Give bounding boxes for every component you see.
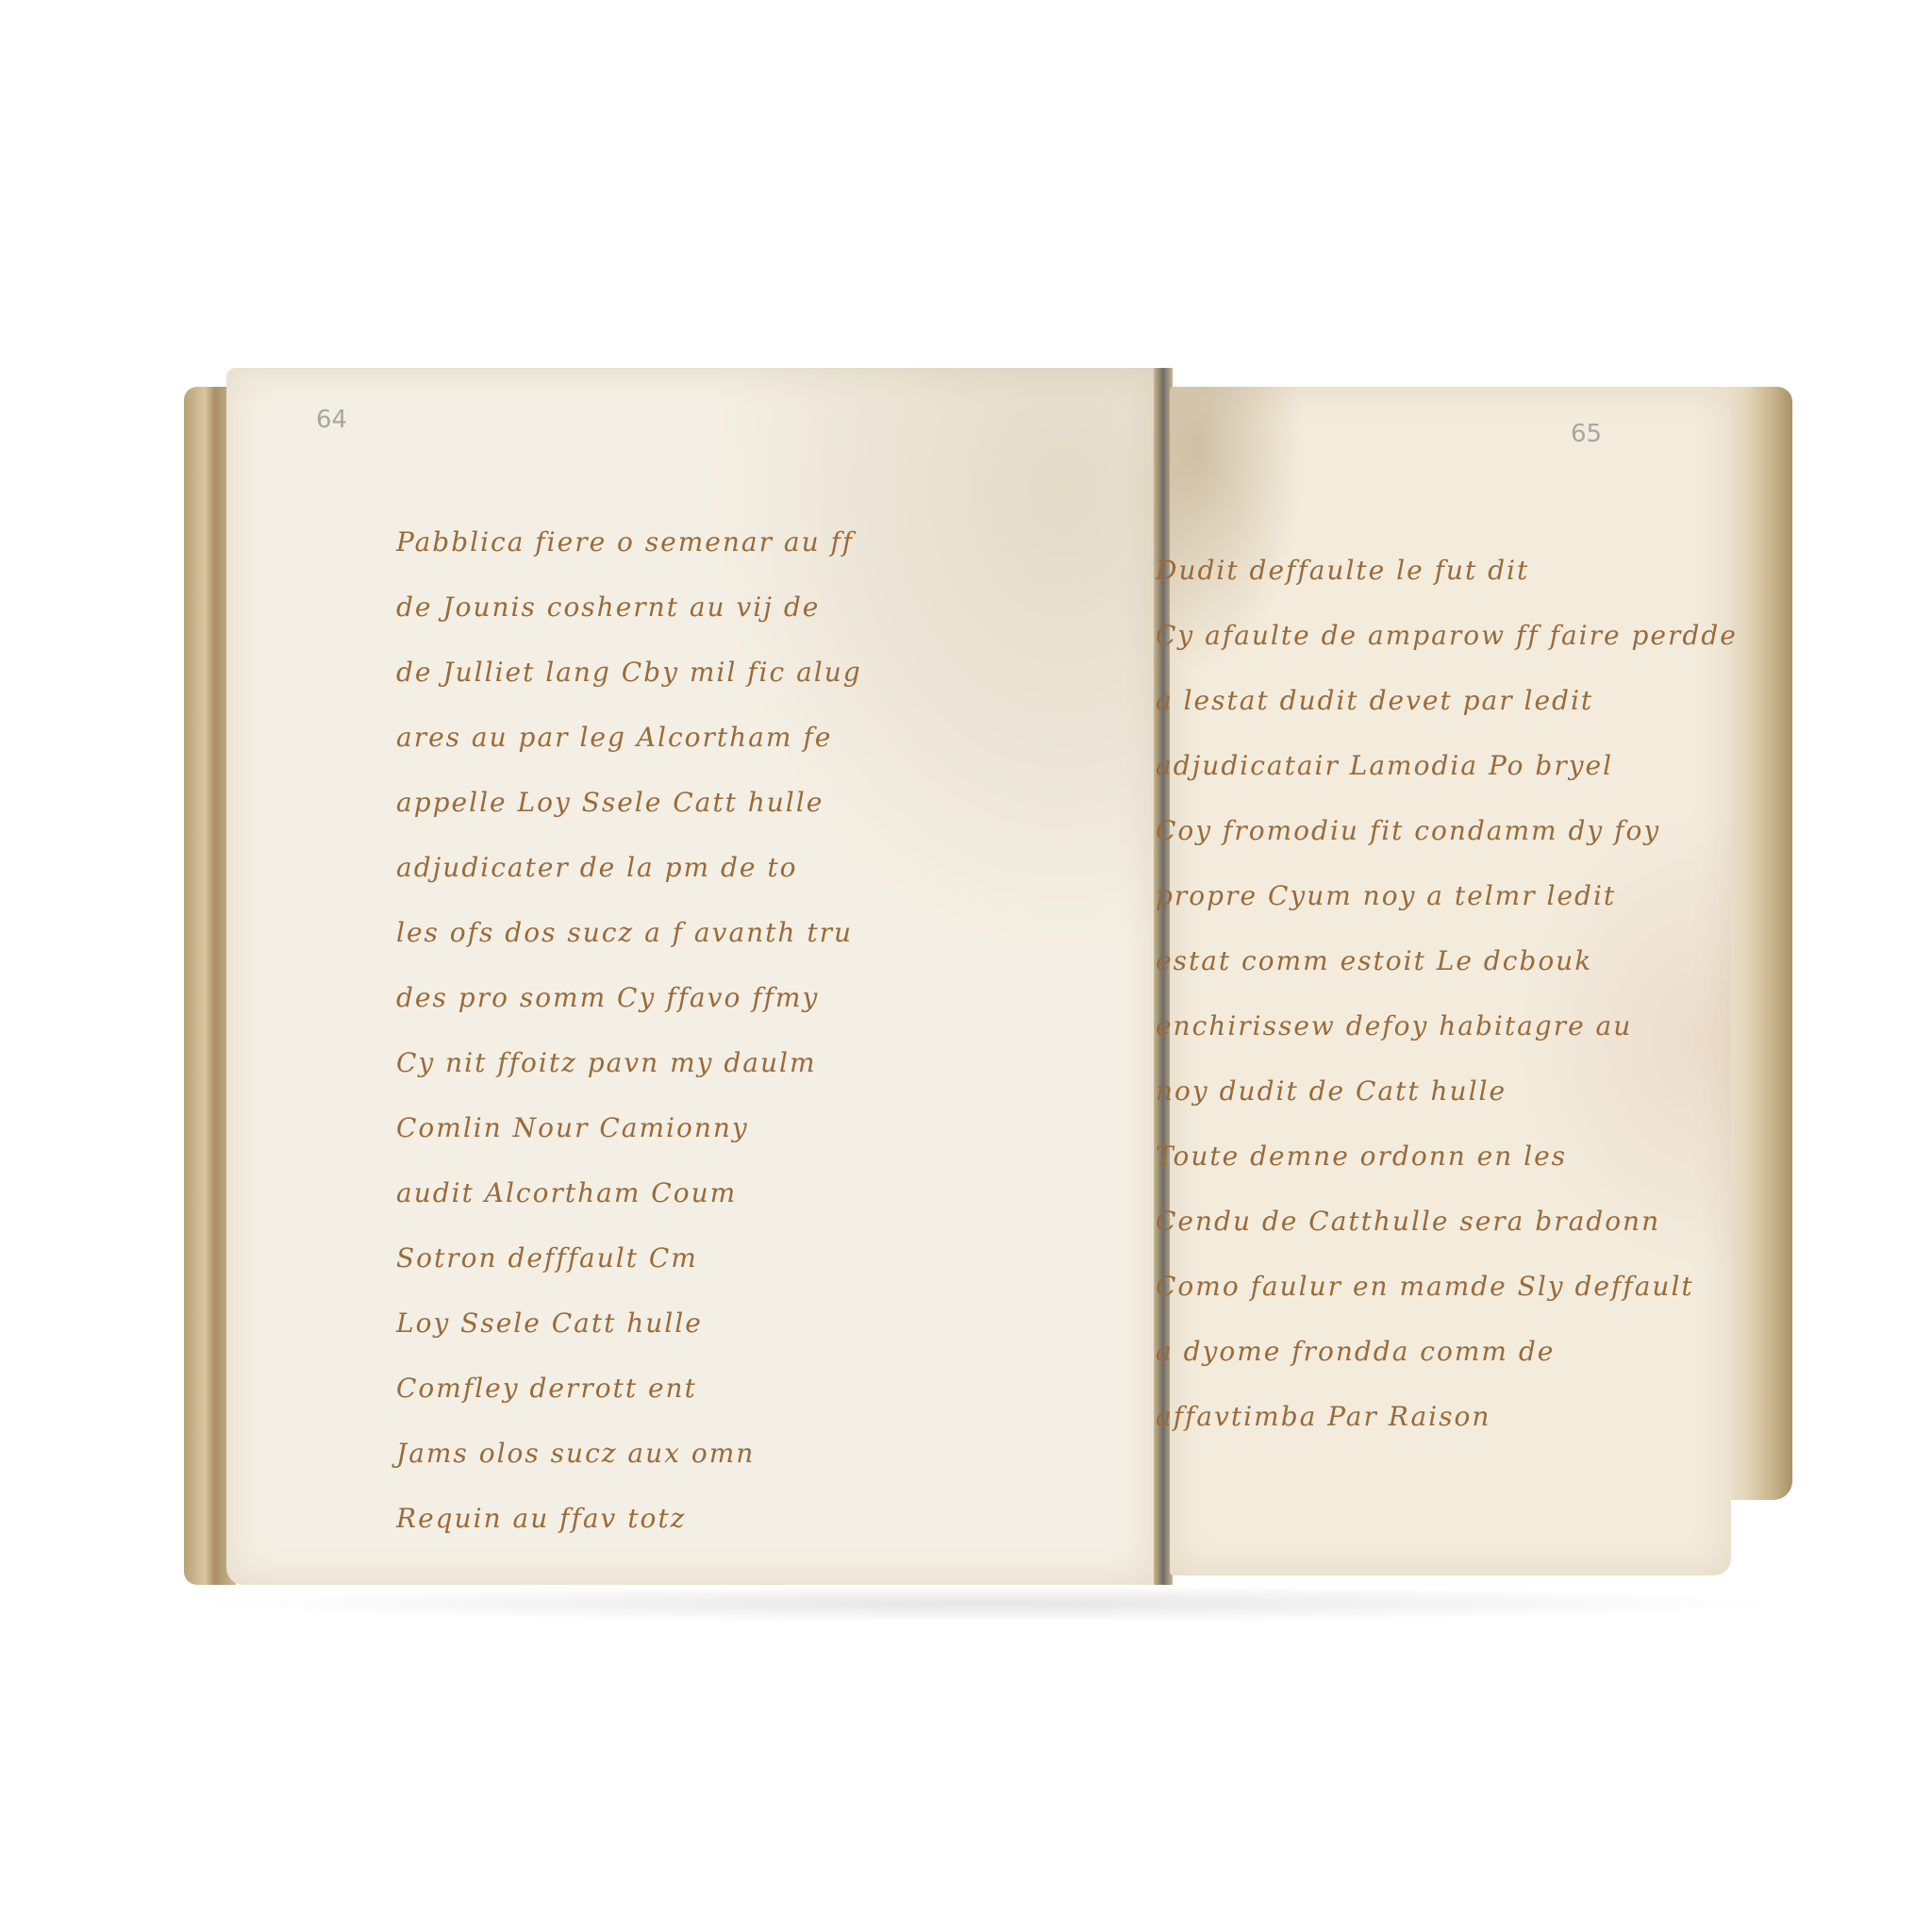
manuscript-line: Comlin Nour Camionny: [396, 1095, 862, 1160]
manuscript-line: noy dudit de Catt hulle: [1156, 1058, 1738, 1124]
left-page-number: 64: [316, 406, 347, 434]
manuscript-line: Toute demne ordonn en les: [1156, 1124, 1738, 1189]
manuscript-line: affavtimba Par Raison: [1156, 1384, 1738, 1449]
manuscript-line: appelle Loy Ssele Catt hulle: [396, 770, 862, 835]
manuscript-line: enchirissew defoy habitagre au: [1156, 993, 1738, 1058]
manuscript-line: Coy fromodiu fit condamm dy foy: [1156, 798, 1738, 863]
manuscript-line: Como faulur en mamde Sly deffault: [1156, 1254, 1738, 1319]
manuscript-line: a dyome frondda comm de: [1156, 1319, 1738, 1384]
manuscript-line: les ofs dos sucz a f avanth tru: [396, 900, 862, 965]
manuscript-line: Dudit deffaulte le fut dit: [1156, 538, 1738, 603]
manuscript-line: propre Cyum noy a telmr ledit: [1156, 863, 1738, 928]
manuscript-line: Cy nit ffoitz pavn my daulm: [396, 1030, 862, 1095]
manuscript-line: ares au par leg Alcortham fe: [396, 705, 862, 770]
manuscript-line: Comfley derrott ent: [396, 1356, 862, 1421]
manuscript-line: Cy afaulte de amparow ff faire perdde: [1156, 603, 1738, 668]
manuscript-line: Jams olos sucz aux omn: [396, 1421, 862, 1486]
manuscript-line: Sotron defffault Cm: [396, 1225, 862, 1291]
manuscript-line: de Julliet lang Cby mil fic alug: [396, 640, 862, 705]
manuscript-line: adjudicater de la pm de to: [396, 835, 862, 900]
manuscript-line: Cendu de Catthulle sera bradonn: [1156, 1189, 1738, 1254]
right-page-number: 65: [1571, 420, 1602, 448]
manuscript-line: Requin au ffav totz: [396, 1486, 862, 1551]
manuscript-line: des pro somm Cy ffavo ffmy: [396, 965, 862, 1030]
left-page-text: Pabblica fiere o semenar au ff de Jounis…: [396, 509, 862, 1551]
manuscript-line: Pabblica fiere o semenar au ff: [396, 509, 862, 575]
manuscript-line: a lestat dudit devet par ledit: [1156, 668, 1738, 733]
manuscript-line: audit Alcortham Coum: [396, 1160, 862, 1225]
manuscript-line: estat comm estoit Le dcbouk: [1156, 928, 1738, 993]
manuscript-line: Loy Ssele Catt hulle: [396, 1291, 862, 1356]
manuscript-line: de Jounis coshernt au vij de: [396, 575, 862, 640]
manuscript-line: adjudicatair Lamodia Po bryel: [1156, 733, 1738, 798]
right-page-text: Dudit deffaulte le fut dit Cy afaulte de…: [1156, 538, 1738, 1449]
